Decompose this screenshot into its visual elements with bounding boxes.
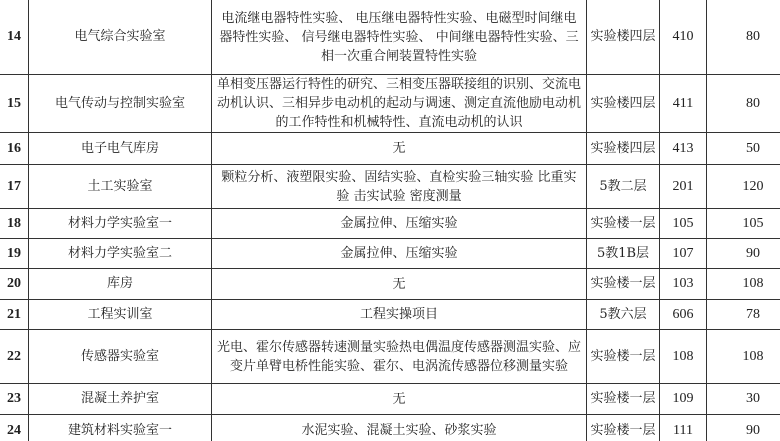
location: 实验楼四层	[587, 0, 660, 75]
table-row: 15 电气传动与控制实验室 单相变压器运行特性的研究、三相变压器联接组的识别、交…	[0, 75, 780, 133]
row-number: 17	[0, 165, 29, 209]
lab-name: 工程实训室	[29, 300, 212, 330]
area: 30	[707, 384, 780, 415]
location: 实验楼一层	[587, 209, 660, 239]
room-number: 413	[660, 133, 707, 165]
table-row: 16 电子电气库房 无 实验楼四层 413 50	[0, 133, 780, 165]
experiment-content: 金属拉伸、压缩实验	[212, 239, 587, 269]
lab-name: 材料力学实验室二	[29, 239, 212, 269]
row-number: 19	[0, 239, 29, 269]
row-number: 16	[0, 133, 29, 165]
row-number: 14	[0, 0, 29, 75]
table-row: 24 建筑材料实验室一 水泥实验、混凝土实验、砂浆实验 实验楼一层 111 90	[0, 415, 780, 441]
location: 实验楼一层	[587, 330, 660, 384]
row-number: 21	[0, 300, 29, 330]
experiment-content: 水泥实验、混凝土实验、砂浆实验	[212, 415, 587, 441]
row-number: 22	[0, 330, 29, 384]
lab-name: 建筑材料实验室一	[29, 415, 212, 441]
area: 108	[707, 330, 780, 384]
lab-name: 电气综合实验室	[29, 0, 212, 75]
lab-name: 土工实验室	[29, 165, 212, 209]
experiment-content: 无	[212, 269, 587, 300]
area: 105	[707, 209, 780, 239]
location: 实验楼一层	[587, 415, 660, 441]
experiment-content: 颗粒分析、液塑限实验、固结实验、直检实验三轴实验 比重实验 击实试验 密度测量	[212, 165, 587, 209]
room-number: 411	[660, 75, 707, 133]
lab-name: 电子电气库房	[29, 133, 212, 165]
table-row: 23 混凝土养护室 无 实验楼一层 109 30	[0, 384, 780, 415]
room-number: 105	[660, 209, 707, 239]
area: 108	[707, 269, 780, 300]
room-number: 107	[660, 239, 707, 269]
experiment-content: 无	[212, 384, 587, 415]
location: 实验楼一层	[587, 269, 660, 300]
room-number: 111	[660, 415, 707, 441]
table-row: 20 库房 无 实验楼一层 103 108	[0, 269, 780, 300]
area: 50	[707, 133, 780, 165]
row-number: 23	[0, 384, 29, 415]
experiment-content: 工程实操项目	[212, 300, 587, 330]
table-row: 19 材料力学实验室二 金属拉伸、压缩实验 5教1B层 107 90	[0, 239, 780, 269]
table-row: 22 传感器实验室 光电、霍尔传感器转速测量实验热电偶温度传感器测温实验、应变片…	[0, 330, 780, 384]
room-number: 108	[660, 330, 707, 384]
room-number: 109	[660, 384, 707, 415]
area: 90	[707, 239, 780, 269]
experiment-content: 无	[212, 133, 587, 165]
lab-name: 库房	[29, 269, 212, 300]
location: 5教二层	[587, 165, 660, 209]
location: 实验楼四层	[587, 133, 660, 165]
lab-name: 电气传动与控制实验室	[29, 75, 212, 133]
table-row: 21 工程实训室 工程实操项目 5教六层 606 78	[0, 300, 780, 330]
area: 78	[707, 300, 780, 330]
location: 5教六层	[587, 300, 660, 330]
lab-name: 传感器实验室	[29, 330, 212, 384]
experiment-content: 单相变压器运行特性的研究、三相变压器联接组的识别、交流电动机认识、三相异步电动机…	[212, 75, 587, 133]
lab-name: 混凝土养护室	[29, 384, 212, 415]
row-number: 15	[0, 75, 29, 133]
table-row: 18 材料力学实验室一 金属拉伸、压缩实验 实验楼一层 105 105	[0, 209, 780, 239]
room-number: 410	[660, 0, 707, 75]
table-row: 17 土工实验室 颗粒分析、液塑限实验、固结实验、直检实验三轴实验 比重实验 击…	[0, 165, 780, 209]
location: 实验楼一层	[587, 384, 660, 415]
experiment-content: 金属拉伸、压缩实验	[212, 209, 587, 239]
area: 90	[707, 415, 780, 441]
row-number: 24	[0, 415, 29, 441]
location: 5教1B层	[587, 239, 660, 269]
lab-table: 14 电气综合实验室 电流继电器特性实验、 电压继电器特性实验、电磁型时间继电器…	[0, 0, 780, 441]
area: 120	[707, 165, 780, 209]
room-number: 606	[660, 300, 707, 330]
lab-name: 材料力学实验室一	[29, 209, 212, 239]
room-number: 201	[660, 165, 707, 209]
row-number: 18	[0, 209, 29, 239]
experiment-content: 光电、霍尔传感器转速测量实验热电偶温度传感器测温实验、应变片单臂电桥性能实验、霍…	[212, 330, 587, 384]
location: 实验楼四层	[587, 75, 660, 133]
area: 80	[707, 75, 780, 133]
table-row: 14 电气综合实验室 电流继电器特性实验、 电压继电器特性实验、电磁型时间继电器…	[0, 0, 780, 75]
room-number: 103	[660, 269, 707, 300]
experiment-content: 电流继电器特性实验、 电压继电器特性实验、电磁型时间继电器特性实验、 信号继电器…	[212, 0, 587, 75]
area: 80	[707, 0, 780, 75]
row-number: 20	[0, 269, 29, 300]
